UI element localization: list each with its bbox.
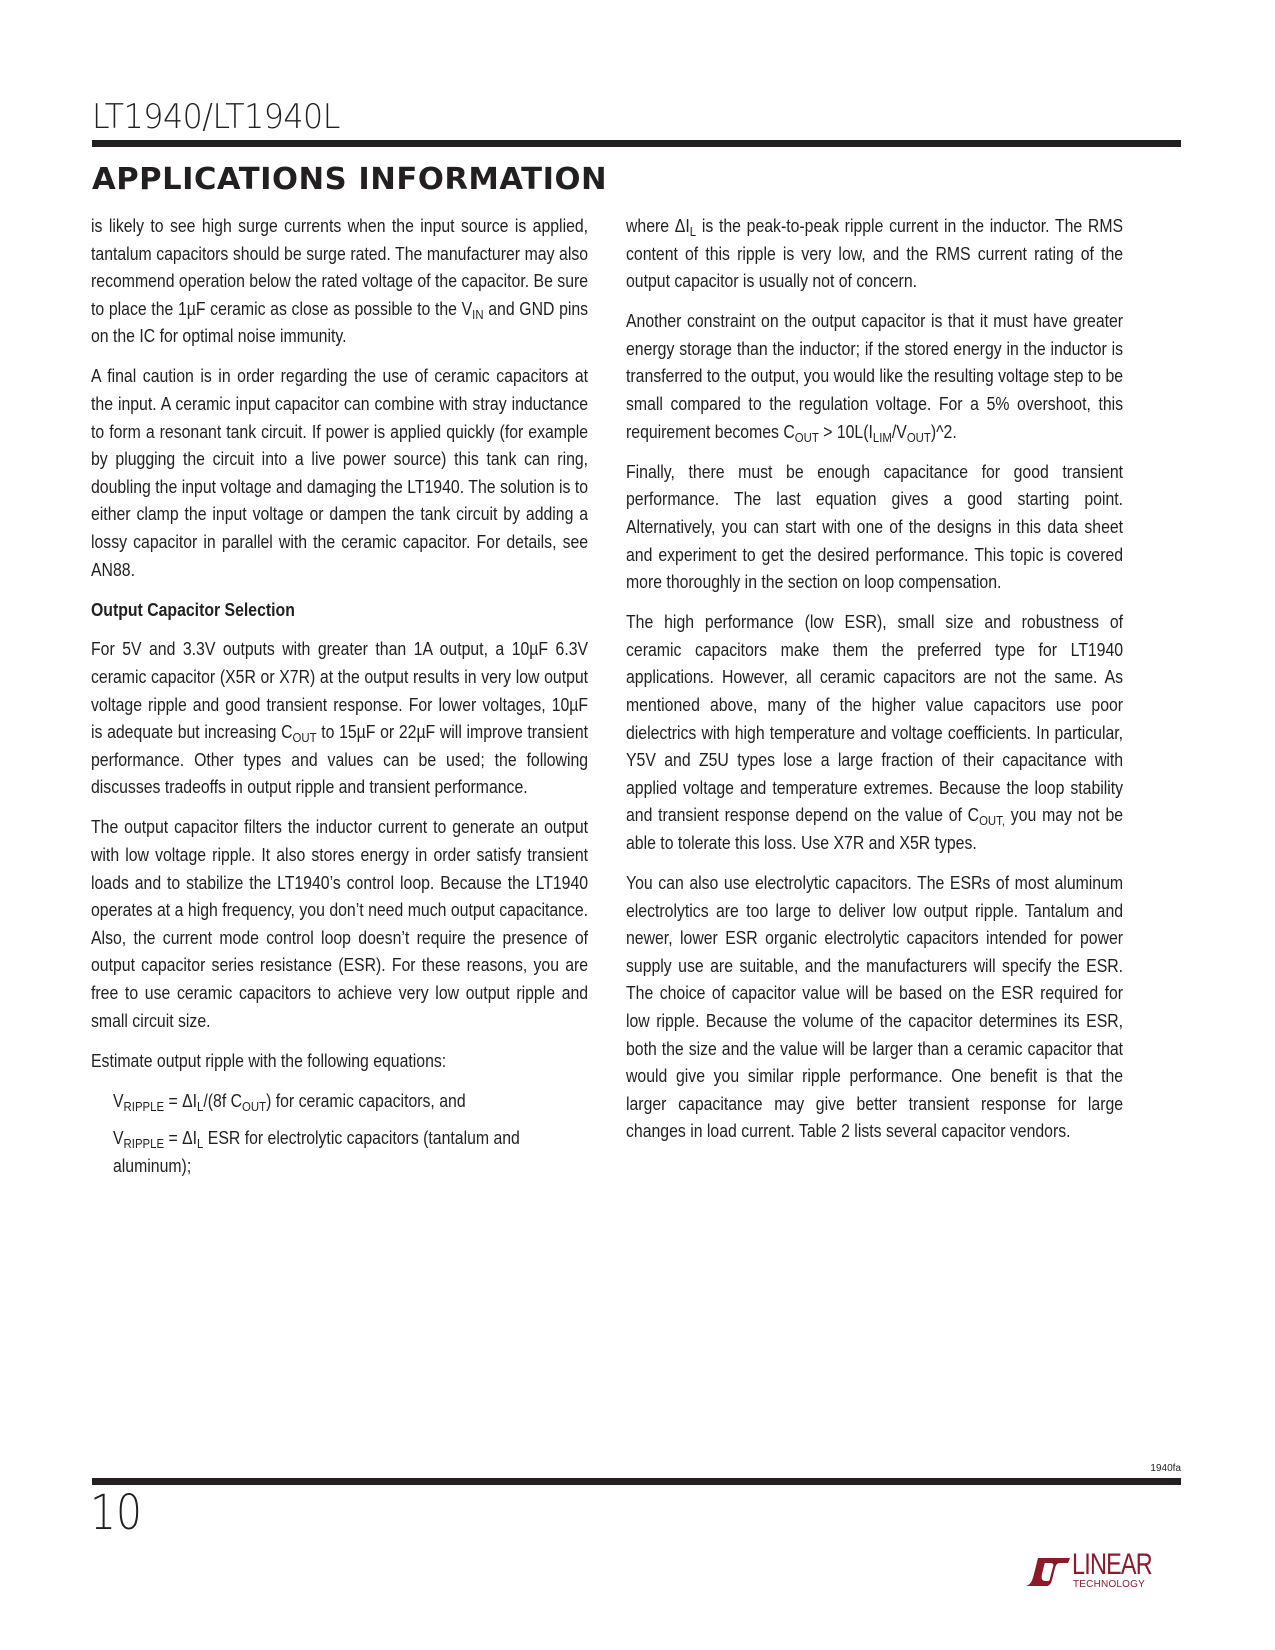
paragraph: A final caution is in order regarding th… [91,362,588,583]
subscript: OUT [907,430,931,445]
text: V [113,1090,124,1111]
text: V [113,1127,124,1148]
text: = ΔI [164,1127,197,1148]
paragraph: is likely to see high surge currents whe… [91,212,588,350]
paragraph: Estimate output ripple with the followin… [91,1047,588,1075]
linear-technology-logo: LINEAR TECHNOLOGY [1022,1552,1182,1594]
header-rule [92,140,1181,147]
equation-ceramic: VRIPPLE = ΔIL/(8f COUT) for ceramic capa… [113,1087,586,1115]
text: is the peak-to-peak ripple current in th… [626,215,1123,291]
paragraph: The high performance (low ESR), small si… [626,608,1123,856]
subscript: OUT [795,430,819,445]
datasheet-page: LT1940/LT1940L APPLICATIONS INFORMATION … [0,0,1275,1650]
logo-wordmark: LINEAR [1072,1548,1152,1582]
left-column: is likely to see high surge currents whe… [91,212,588,1190]
paragraph: The output capacitor filters the inducto… [91,813,588,1034]
subscript: LIM [873,430,892,445]
text: > 10L(I [819,421,873,442]
logo-subtext: TECHNOLOGY [1073,1579,1145,1590]
equation-electrolytic: VRIPPLE = ΔIL ESR for electrolytic capac… [113,1124,586,1179]
text: where ΔI [626,215,690,236]
subsection-heading: Output Capacitor Selection [91,596,518,624]
text: )^2. [931,421,957,442]
footer-rule [92,1478,1181,1485]
text: Another constraint on the output capacit… [626,310,1123,441]
right-column: where ΔIL is the peak-to-peak ripple cur… [626,212,1123,1158]
paragraph: For 5V and 3.3V outputs with greater tha… [91,635,588,801]
paragraph: Another constraint on the output capacit… [626,307,1123,445]
text: = ΔI [164,1090,197,1111]
document-code: 1940fa [1150,1463,1181,1474]
part-number-title: LT1940/LT1940L [92,97,340,137]
paragraph: Finally, there must be enough capacitanc… [626,458,1123,596]
lt-logo-mark-icon [1022,1554,1072,1588]
paragraph: You can also use electrolytic capacitors… [626,869,1123,1145]
subscript: IN [472,307,483,322]
subscript: OUT [293,730,317,745]
paragraph: where ΔIL is the peak-to-peak ripple cur… [626,212,1123,295]
text: The high performance (low ESR), small si… [626,611,1123,825]
text: ) for ceramic capacitors, and [266,1090,466,1111]
text: /(8f C [203,1090,242,1111]
subscript: OUT, [979,813,1005,828]
section-title: APPLICATIONS INFORMATION [92,162,607,197]
subscript: RIPPLE [124,1136,164,1151]
subscript: RIPPLE [124,1099,164,1114]
text: /V [892,421,907,442]
page-number: 10 [90,1485,142,1541]
subscript: OUT [242,1099,266,1114]
